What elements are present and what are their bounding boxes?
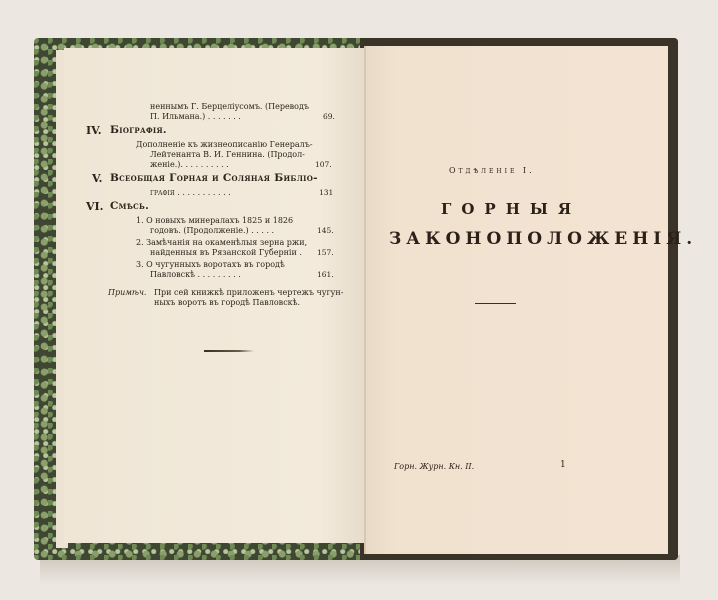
toc-line: П. Ильмана.) . . . . . . .	[150, 112, 241, 121]
toc-section-heading: Біографія.	[110, 124, 167, 136]
toc-section-heading: Всеобщая Горная и Соляная Библіо-	[110, 172, 318, 184]
department-heading: Отдѣленіе I.	[449, 166, 535, 175]
note-label: Примѣч.	[108, 288, 146, 297]
toc-line: Лейтенанта В. И. Геннина. (Продол-	[150, 150, 305, 159]
toc-line: годовъ. (Продолженіе.) . . . . .	[150, 226, 274, 235]
toc-page-number: 161.	[317, 270, 334, 279]
note-text: ныхъ воротъ въ городѣ Павловскѣ.	[154, 298, 300, 307]
title-rule	[475, 303, 516, 304]
note-text: При сей книжкѣ приложенъ чертежъ чугун-	[154, 288, 343, 297]
toc-line: 2. Замѣчанія на окаменѣлыя зерна ржи,	[136, 238, 307, 247]
toc-line: неннымъ Г. Берцеліусомъ. (Переводъ	[150, 102, 309, 111]
toc-line: женіе.). . . . . . . . . .	[150, 160, 229, 169]
toc-page-number: 157.	[317, 248, 334, 257]
toc-page-number: 131	[319, 188, 333, 197]
toc-page-number: 107.	[315, 160, 332, 169]
toc-page-number: 69.	[323, 112, 335, 121]
toc-line: 1. О новыхъ минералахъ 1825 и 1826	[136, 216, 293, 225]
page-number: 1	[560, 460, 566, 470]
toc-line: найденныя въ Рязанской Губерніи .	[150, 248, 302, 257]
toc-line: Павловскѣ . . . . . . . . .	[150, 270, 241, 279]
ornamental-rule	[204, 350, 254, 352]
toc-line: 3. О чугунныхъ воротахъ въ городѣ	[136, 260, 285, 269]
toc-line: Дополненіе къ жизнеописанію Генералъ-	[136, 140, 313, 149]
toc-page-number: 145.	[317, 226, 334, 235]
toc-line: графія . . . . . . . . . . .	[150, 188, 231, 197]
title-line-1: ГОРНЫЯ	[441, 200, 581, 218]
toc-section-heading: Смѣсь.	[110, 200, 149, 212]
title-line-2: ЗАКОНОПОЛОЖЕНІЯ.	[389, 229, 697, 249]
toc-section-number: V.	[92, 172, 102, 185]
toc-section-number: IV.	[86, 124, 102, 137]
right-page: Отдѣленіе I. ГОРНЫЯ ЗАКОНОПОЛОЖЕНІЯ. Гор…	[366, 46, 668, 554]
left-page: неннымъ Г. Берцеліусомъ. (Переводъ П. Ил…	[64, 48, 364, 543]
toc-section-number: VI.	[86, 200, 104, 213]
signature-mark: Горн. Журн. Кн. II.	[394, 462, 474, 471]
